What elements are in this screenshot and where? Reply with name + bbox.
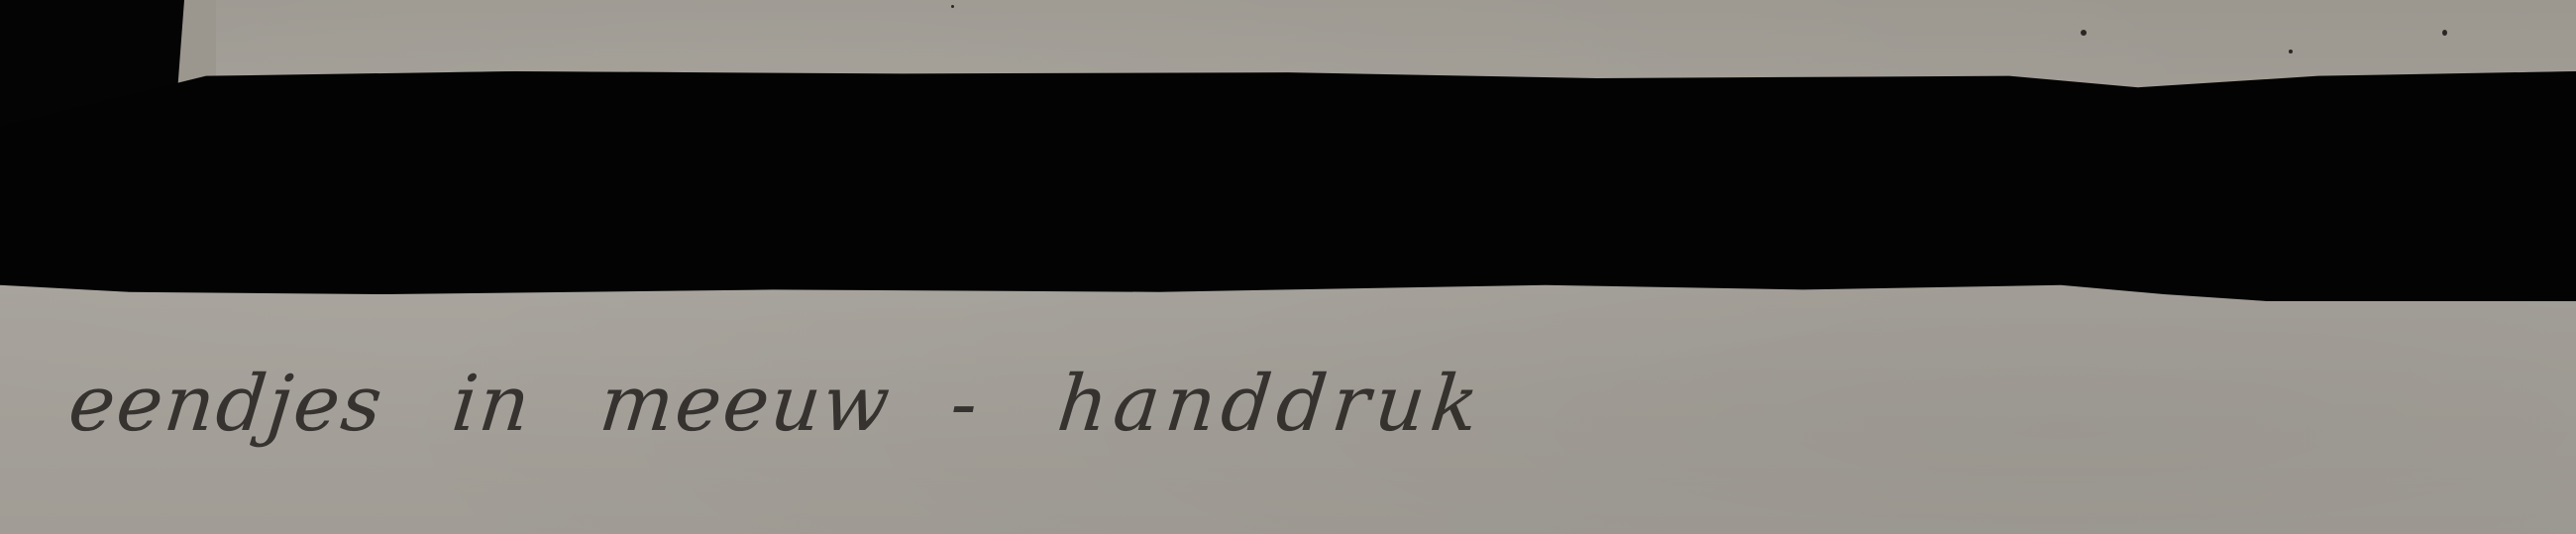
handwritten-caption: eendjes in meeuw - handdruk: [69, 345, 2487, 464]
paper-speck: [951, 5, 954, 8]
paper-speck: [2081, 30, 2087, 36]
caption-dash: -: [950, 360, 978, 449]
caption-word: handdruk: [1053, 360, 1488, 449]
caption-word: meeuw: [595, 360, 896, 449]
caption-word: eendjes: [64, 360, 387, 449]
paper-speck: [2442, 30, 2447, 36]
paper-speck: [2289, 50, 2293, 53]
caption-word: in: [448, 360, 536, 449]
black-ink-band: [0, 71, 2576, 301]
